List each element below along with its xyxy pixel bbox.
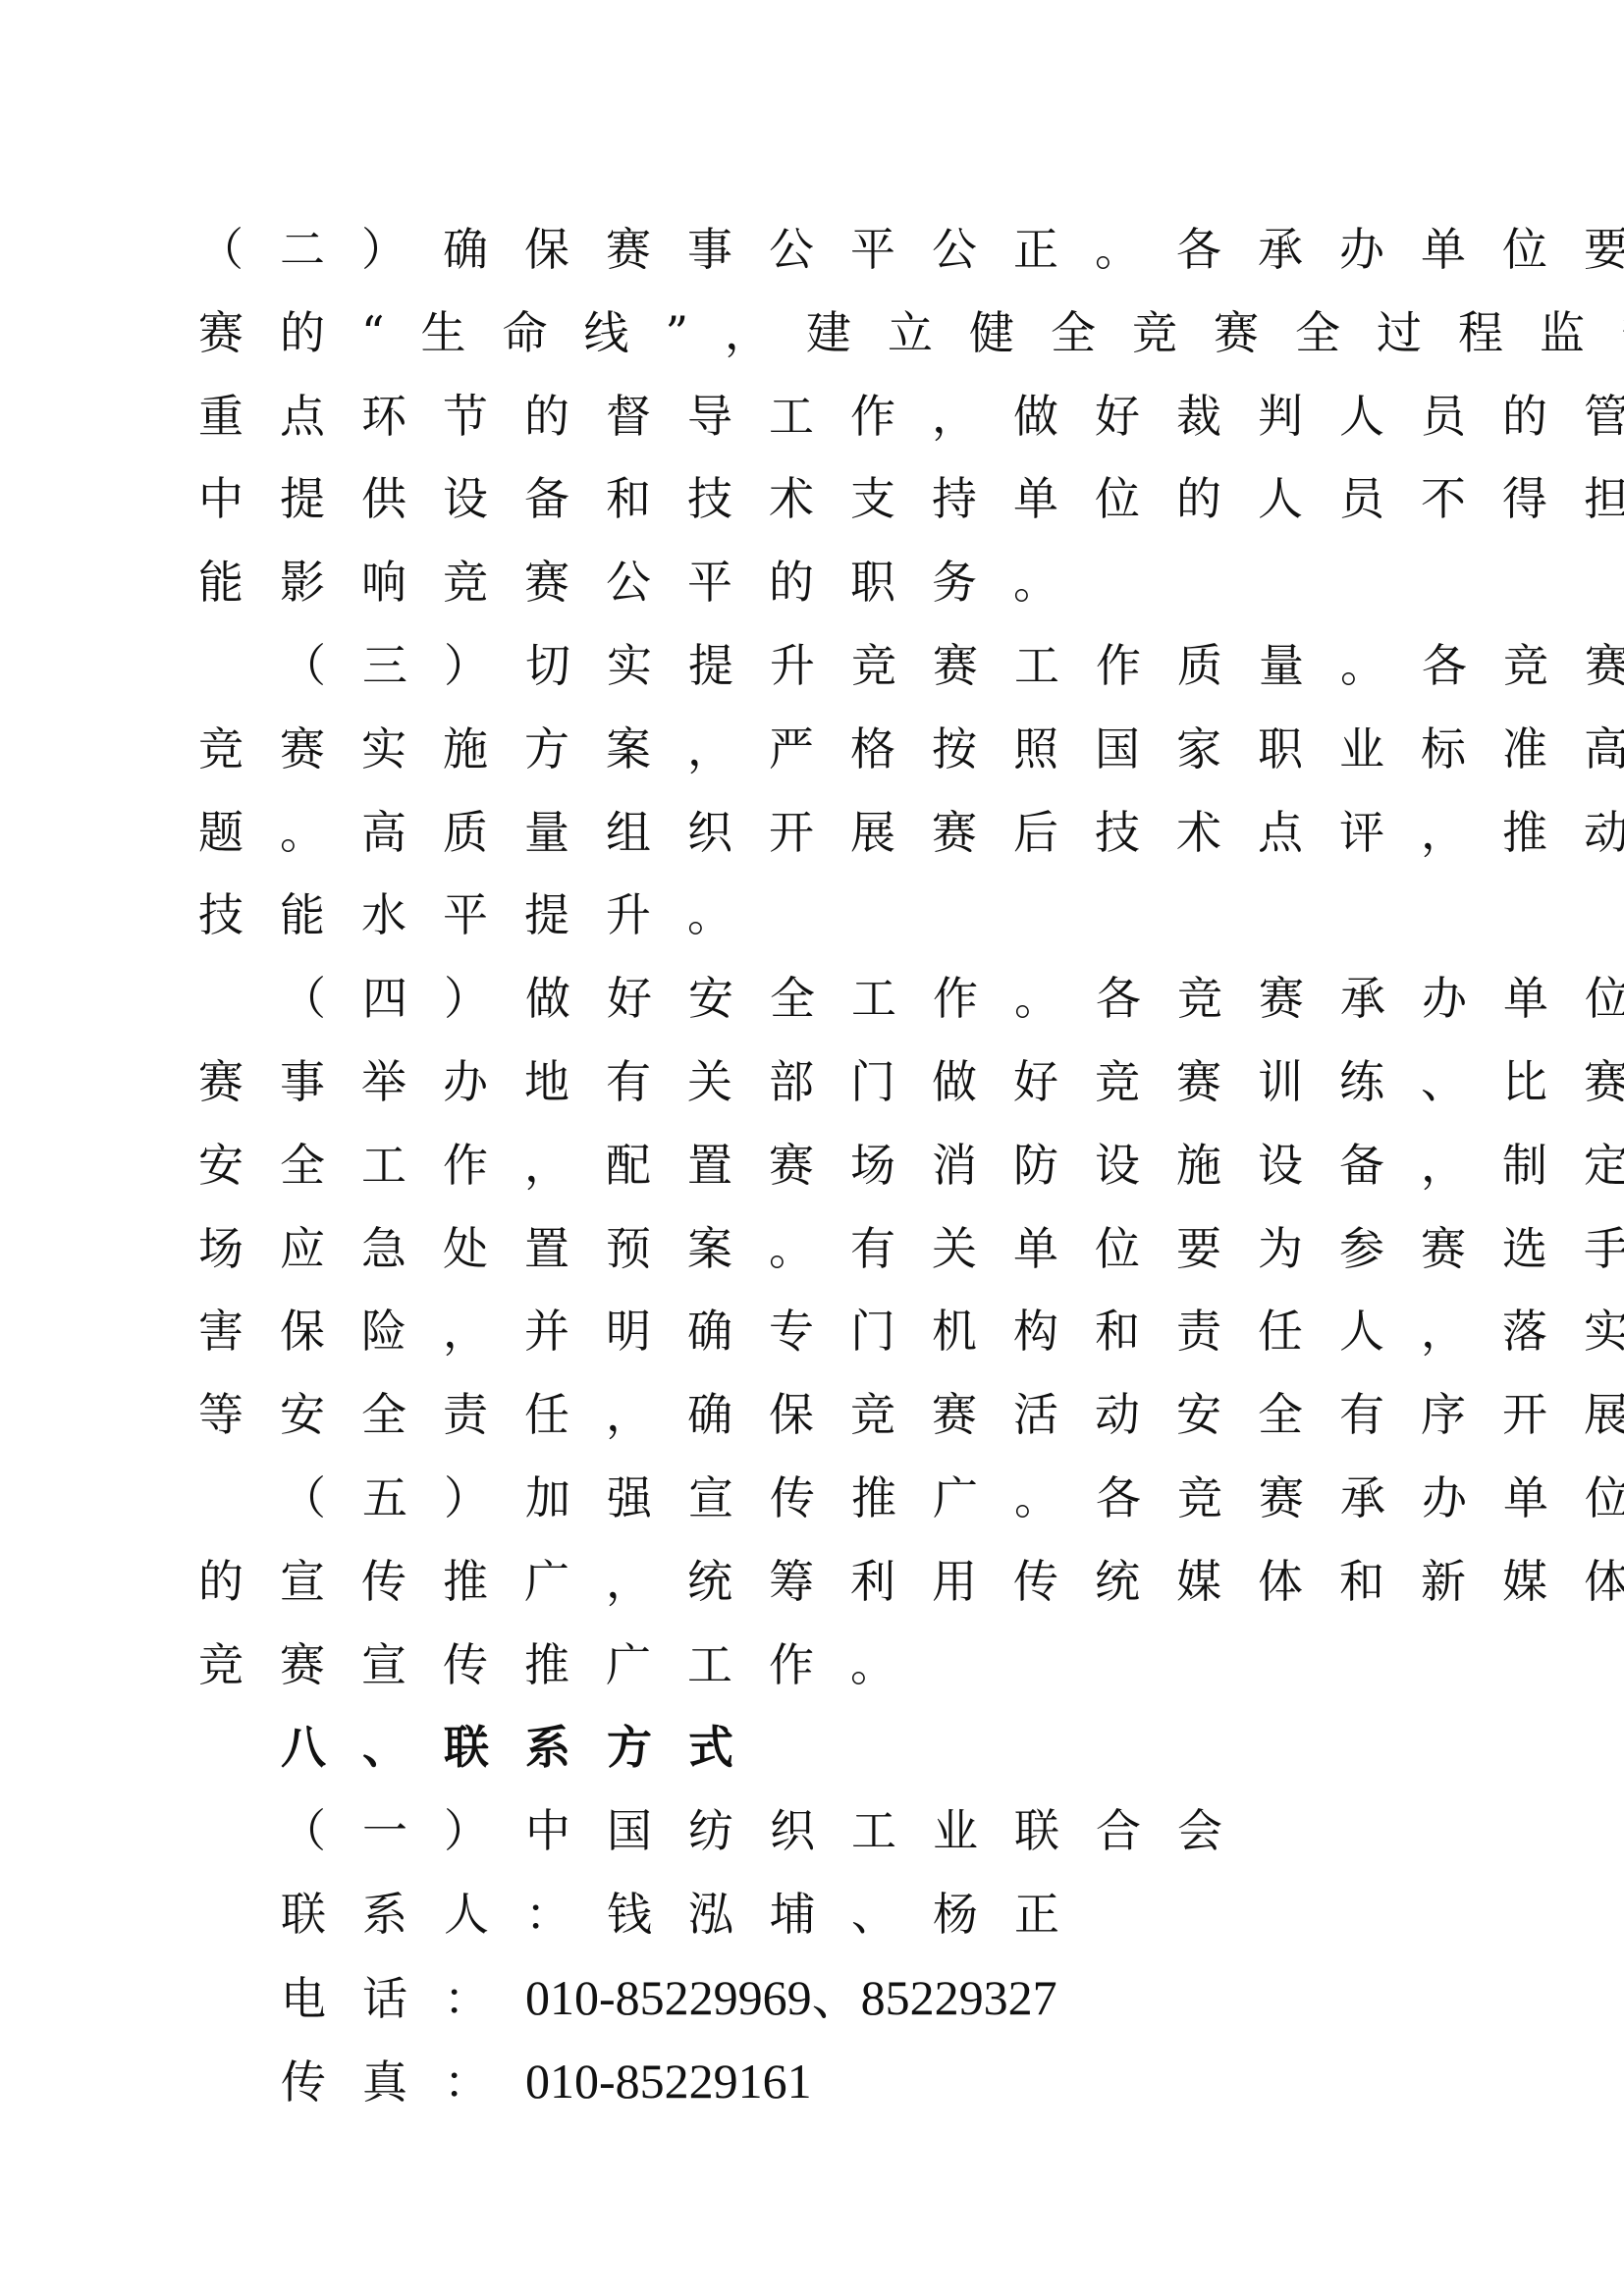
text-line: 竞赛实施方案，严格按照国家职业标准高级工及以上技能标准命 (198, 708, 1439, 791)
paragraph-quality: （三）切实提升竞赛工作质量。各竞赛承办单位要科学制定 竞赛实施方案，严格按照国家… (198, 624, 1439, 957)
contact-person-label: 联系人： (281, 1888, 607, 1941)
text-line: 安全工作，配置赛场消防设施设备，制定竞赛安全工作方案和现 (198, 1124, 1439, 1207)
contact-block: （一）中国纺织工业联合会 联系人：钱泓埔、杨正 电话：010-85229969、… (198, 1789, 1439, 2122)
text-line: （二）确保赛事公平公正。各承办单位要将公平公正作为办 (198, 208, 1439, 292)
contact-phone: 电话：010-85229969、85229327 (198, 1956, 1439, 2040)
text-line: 能影响竞赛公平的职务。 (198, 541, 1439, 624)
contact-phone-value: 010-85229969、85229327 (525, 1970, 1057, 2025)
text-line: 技能水平提升。 (198, 874, 1439, 957)
text-line: 题。高质量组织开展赛后技术点评，推动各职业领域技术创新和 (198, 791, 1439, 875)
contact-phone-label: 电话： (281, 1972, 525, 2025)
text-line: （四）做好安全工作。各竞赛承办单位要根据相关要求配合 (198, 957, 1439, 1041)
paragraph-promotion: （五）加强宣传推广。各竞赛承办单位要高度重视竞赛活动 的宣传推广，统筹利用传统媒… (198, 1457, 1439, 1706)
text-line: 赛的“生命线”，建立健全竞赛全过程监督管理制度，做好竞赛 (198, 292, 1439, 375)
text-line: 场应急处置预案。有关单位要为参赛选手等人员购买人身意外伤 (198, 1207, 1439, 1291)
contact-fax-value: 010-85229161 (525, 2054, 812, 2109)
text-line: 等安全责任，确保竞赛活动安全有序开展。 (198, 1373, 1439, 1457)
document-page: （二）确保赛事公平公正。各承办单位要将公平公正作为办 赛的“生命线”，建立健全竞… (198, 208, 1439, 2122)
contact-person: 联系人：钱泓埔、杨正 (198, 1873, 1439, 1956)
text-line: 重点环节的督导工作，做好裁判人员的管理培训。各级各类赛事 (198, 375, 1439, 458)
text-line: （三）切实提升竞赛工作质量。各竞赛承办单位要科学制定 (198, 624, 1439, 708)
paragraph-safety: （四）做好安全工作。各竞赛承办单位要根据相关要求配合 赛事举办地有关部门做好竞赛… (198, 957, 1439, 1457)
text-line: 中提供设备和技术支持单位的人员不得担任裁判长、裁判员等可 (198, 457, 1439, 541)
section-heading-contact: 八、联系方式 (198, 1706, 1439, 1789)
text-line: （五）加强宣传推广。各竞赛承办单位要高度重视竞赛活动 (198, 1457, 1439, 1540)
contact-fax-label: 传真： (281, 2056, 525, 2109)
text-line: 竞赛宣传推广工作。 (198, 1624, 1439, 1707)
text-line: 害保险，并明确专门机构和责任人，落实公共卫生、消防、人身 (198, 1290, 1439, 1373)
text-line: 的宣传推广，统筹利用传统媒体和新媒体，通过多种方式，做好 (198, 1540, 1439, 1624)
contact-person-value: 钱泓埔、杨正 (607, 1888, 1096, 1941)
paragraph-fairness: （二）确保赛事公平公正。各承办单位要将公平公正作为办 赛的“生命线”，建立健全竞… (198, 208, 1439, 624)
contact-org: （一）中国纺织工业联合会 (198, 1789, 1439, 1873)
contact-fax: 传真：010-85229161 (198, 2040, 1439, 2123)
text-line: 赛事举办地有关部门做好竞赛训练、比赛、食宿、交通等环节的 (198, 1041, 1439, 1124)
